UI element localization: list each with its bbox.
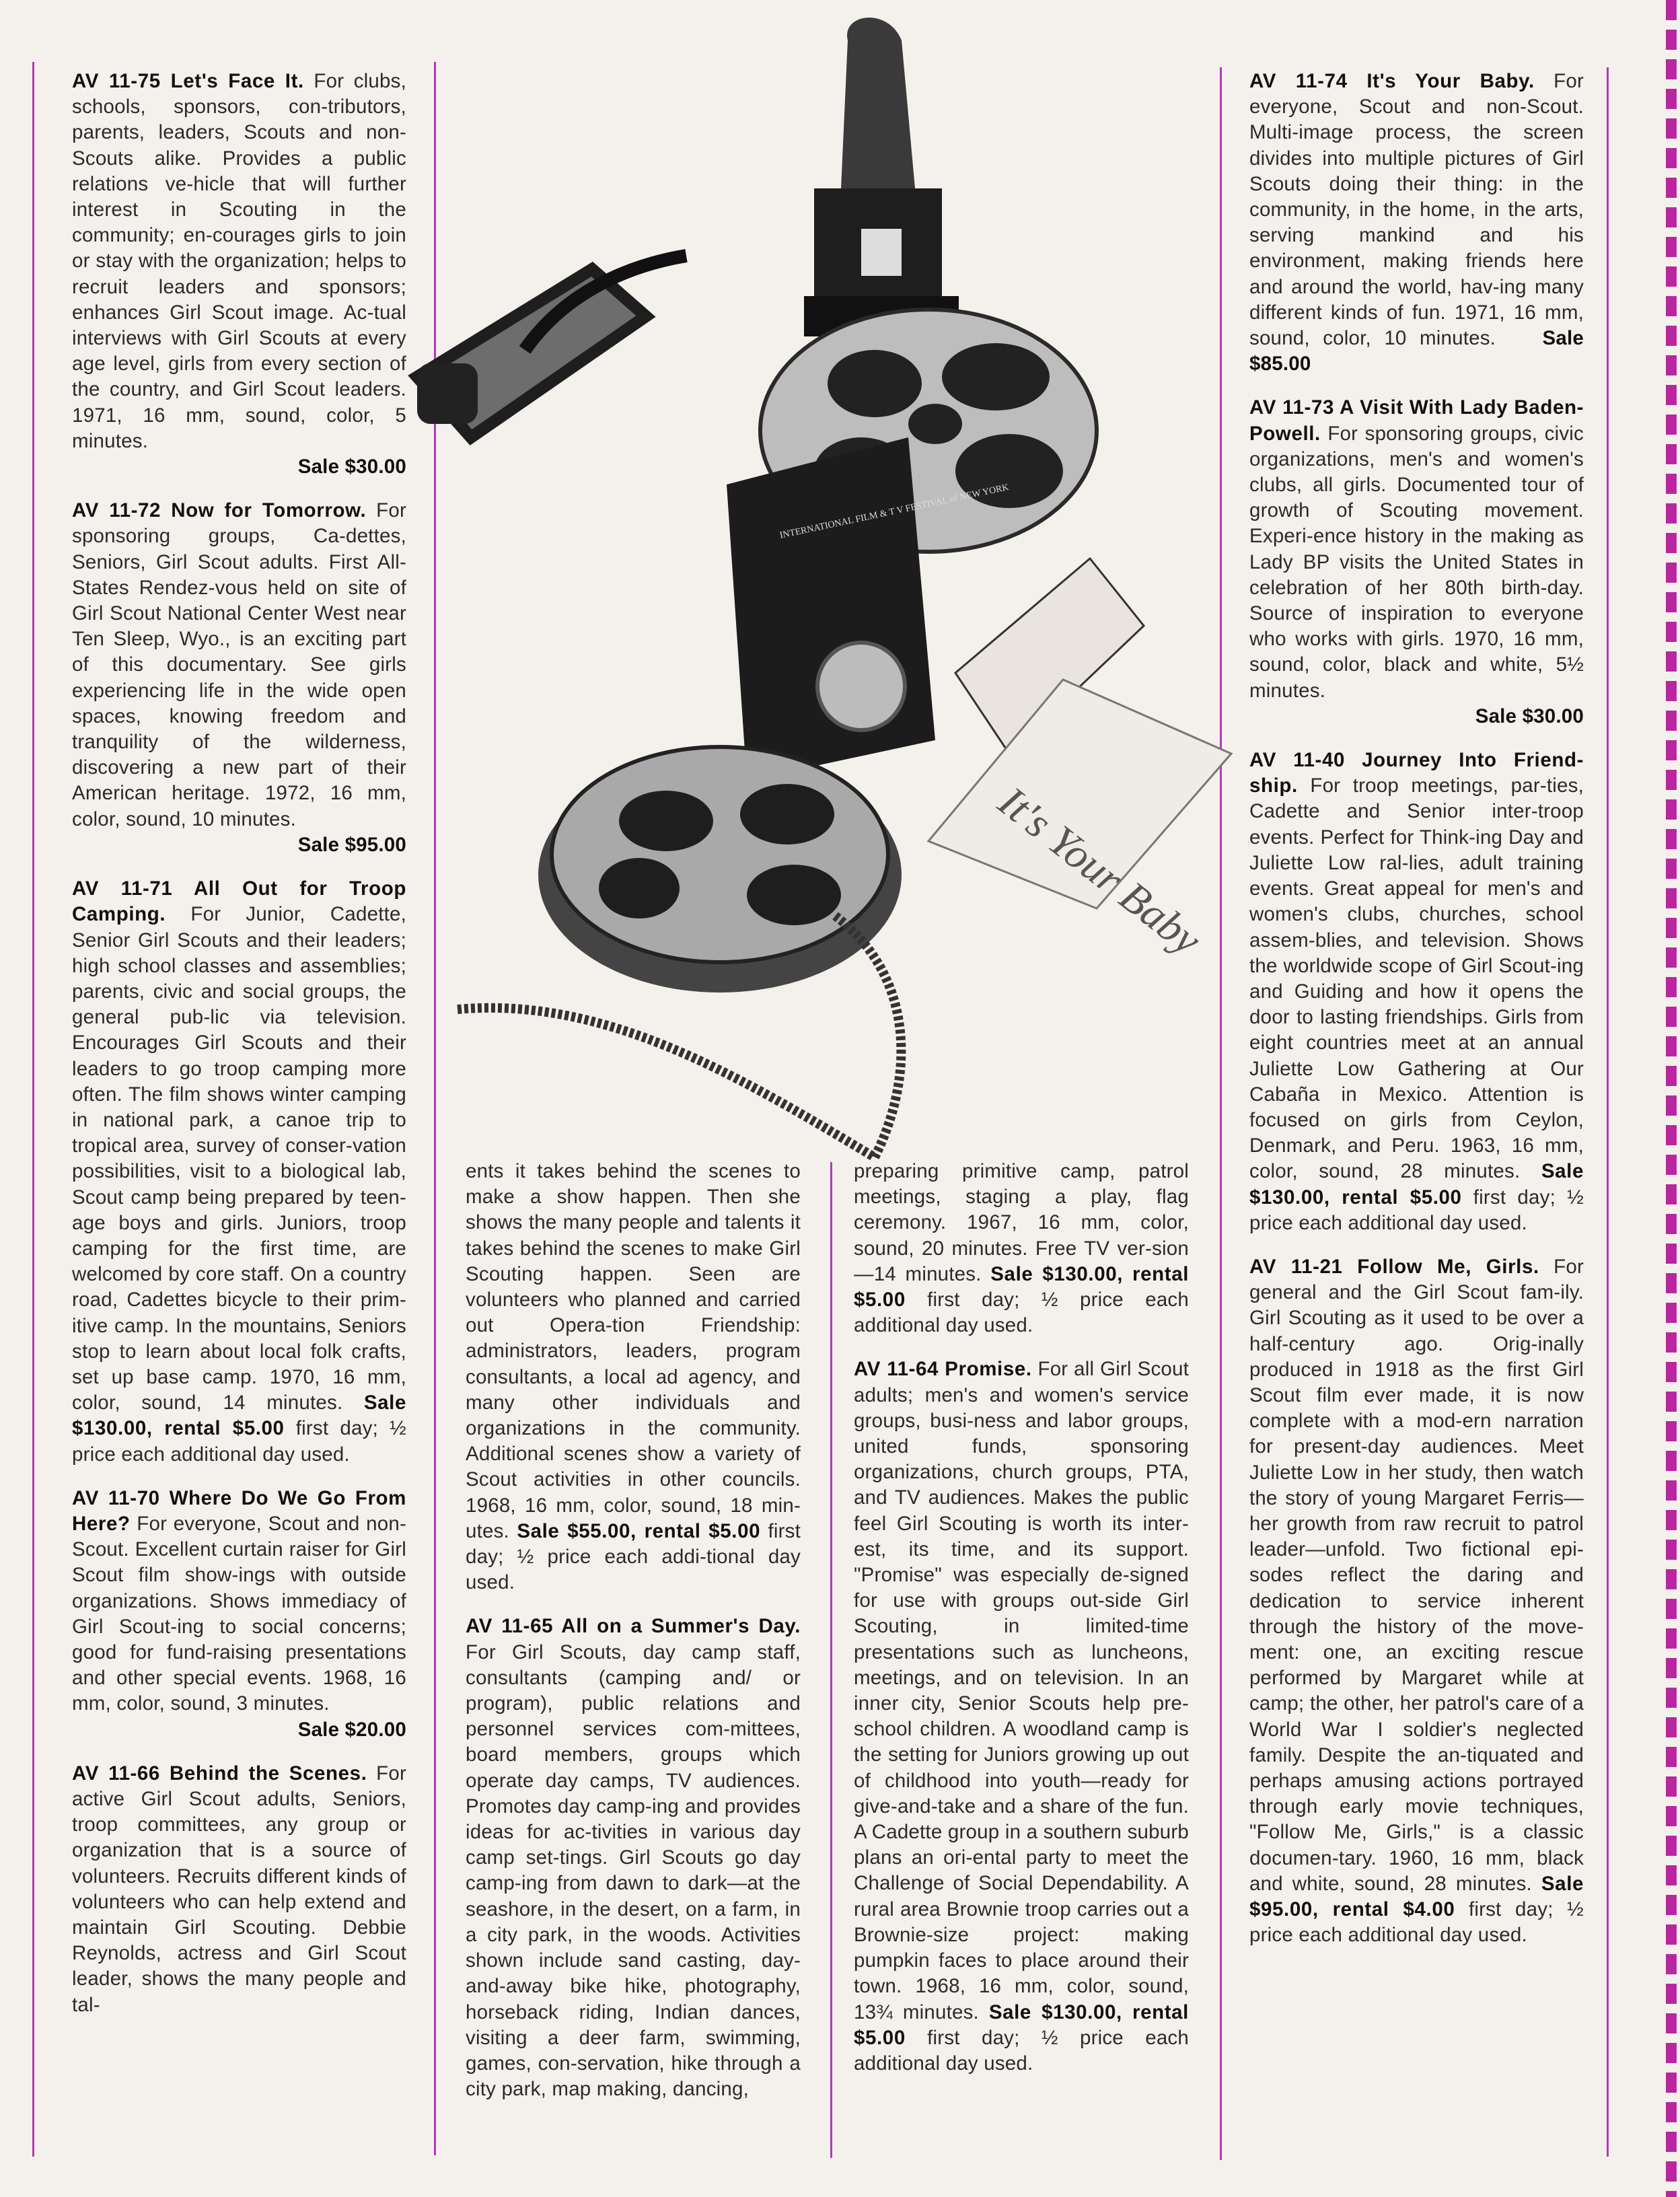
film-description: For Girl Scouts, day camp staff, consult… [466, 1641, 801, 2100]
film-entry: AV 11-72 Now for Tomorrow. For sponsorin… [72, 498, 406, 858]
film-title: AV 11-72 Now for Tomorrow. [72, 499, 366, 521]
film-price: Sale $95.00 [72, 832, 406, 858]
film-description: For everyone, Scout and non-Scout. Multi… [1249, 70, 1584, 349]
film-description: For active Girl Scout adults, Seniors, t… [72, 1762, 406, 2016]
film-entry: AV 11-75 Let's Face It. For clubs, schoo… [72, 69, 406, 480]
column-rule-2-3 [830, 1162, 832, 2158]
film-description: For everyone, Scout and non-Scout. Excel… [72, 1513, 406, 1715]
film-entry: AV 11-73 A Visit With Lady Baden-Powell.… [1249, 395, 1584, 729]
film-description: For all Girl Scout adults; men's and wom… [854, 1358, 1189, 2023]
film-description: For clubs, schools, sponsors, con-tribut… [72, 70, 406, 452]
film-title: AV 11-65 All on a Summer's Day. [466, 1615, 801, 1637]
column-3: preparing primitive camp, patrol meeting… [854, 1159, 1189, 2095]
film-title: AV 11-21 Follow Me, Girls. [1249, 1256, 1539, 1278]
film-price: Sale $55.00, rental $5.00 [517, 1520, 760, 1542]
film-entry: AV 11-71 All Out for Troop Camping. For … [72, 876, 406, 1468]
film-entry: AV 11-64 Promise. For all Girl Scout adu… [854, 1357, 1189, 2077]
film-title: AV 11-75 Let's Face It. [72, 70, 304, 92]
film-entry: AV 11-65 All on a Summer's Day. For Girl… [466, 1614, 801, 2102]
film-description: For troop meetings, par-ties, Cadette an… [1249, 775, 1584, 1182]
film-price: Sale $20.00 [72, 1717, 406, 1743]
page-edge-dashed-bar [1666, 0, 1677, 2197]
film-entry: AV 11-70 Where Do We Go From Here? For e… [72, 1486, 406, 1743]
film-description: For Junior, Cadette, Senior Girl Scouts … [72, 903, 406, 1414]
film-entry: AV 11-66 Behind the Scenes. For active G… [72, 1761, 406, 2018]
film-entry: AV 11-40 Journey Into Friend-ship. For t… [1249, 748, 1584, 1236]
film-awards-photo: INTERNATIONAL FILM & T V FESTIVAL of NEW… [404, 0, 1251, 1171]
film-title: AV 11-74 It's Your Baby. [1249, 70, 1535, 92]
film-price: Sale $30.00 [1249, 704, 1584, 729]
column-1: AV 11-75 Let's Face It. For clubs, schoo… [72, 69, 406, 2036]
film-entry: AV 11-21 Follow Me, Girls. For general a… [1249, 1254, 1584, 1948]
film-title: AV 11-64 Promise. [854, 1358, 1032, 1380]
column-4: AV 11-74 It's Your Baby. For everyone, S… [1249, 69, 1584, 1966]
column-rule-left [32, 62, 34, 2157]
column-rule-right [1607, 67, 1609, 2157]
film-entry-continued: ents it takes behind the scenes to make … [466, 1159, 801, 1595]
film-description: For general and the Girl Scout fam-ily. … [1249, 1256, 1584, 1895]
booklets-icon: It's Your Baby [928, 559, 1231, 964]
column-2: ents it takes behind the scenes to make … [466, 1159, 801, 2120]
film-description: ents it takes behind the scenes to make … [466, 1160, 801, 1542]
film-price: Sale $30.00 [72, 454, 406, 480]
film-description: For sponsoring groups, civic organizatio… [1249, 423, 1584, 702]
film-reel-small-icon [538, 747, 902, 993]
film-description: For sponsoring groups, Ca-dettes, Senior… [72, 499, 406, 830]
trophy-statuette-icon [804, 17, 959, 336]
film-case-icon [417, 256, 686, 437]
film-entry-continued: preparing primitive camp, patrol meeting… [854, 1159, 1189, 1338]
film-entry: AV 11-74 It's Your Baby. For everyone, S… [1249, 69, 1584, 377]
film-title: AV 11-66 Behind the Scenes. [72, 1762, 367, 1785]
